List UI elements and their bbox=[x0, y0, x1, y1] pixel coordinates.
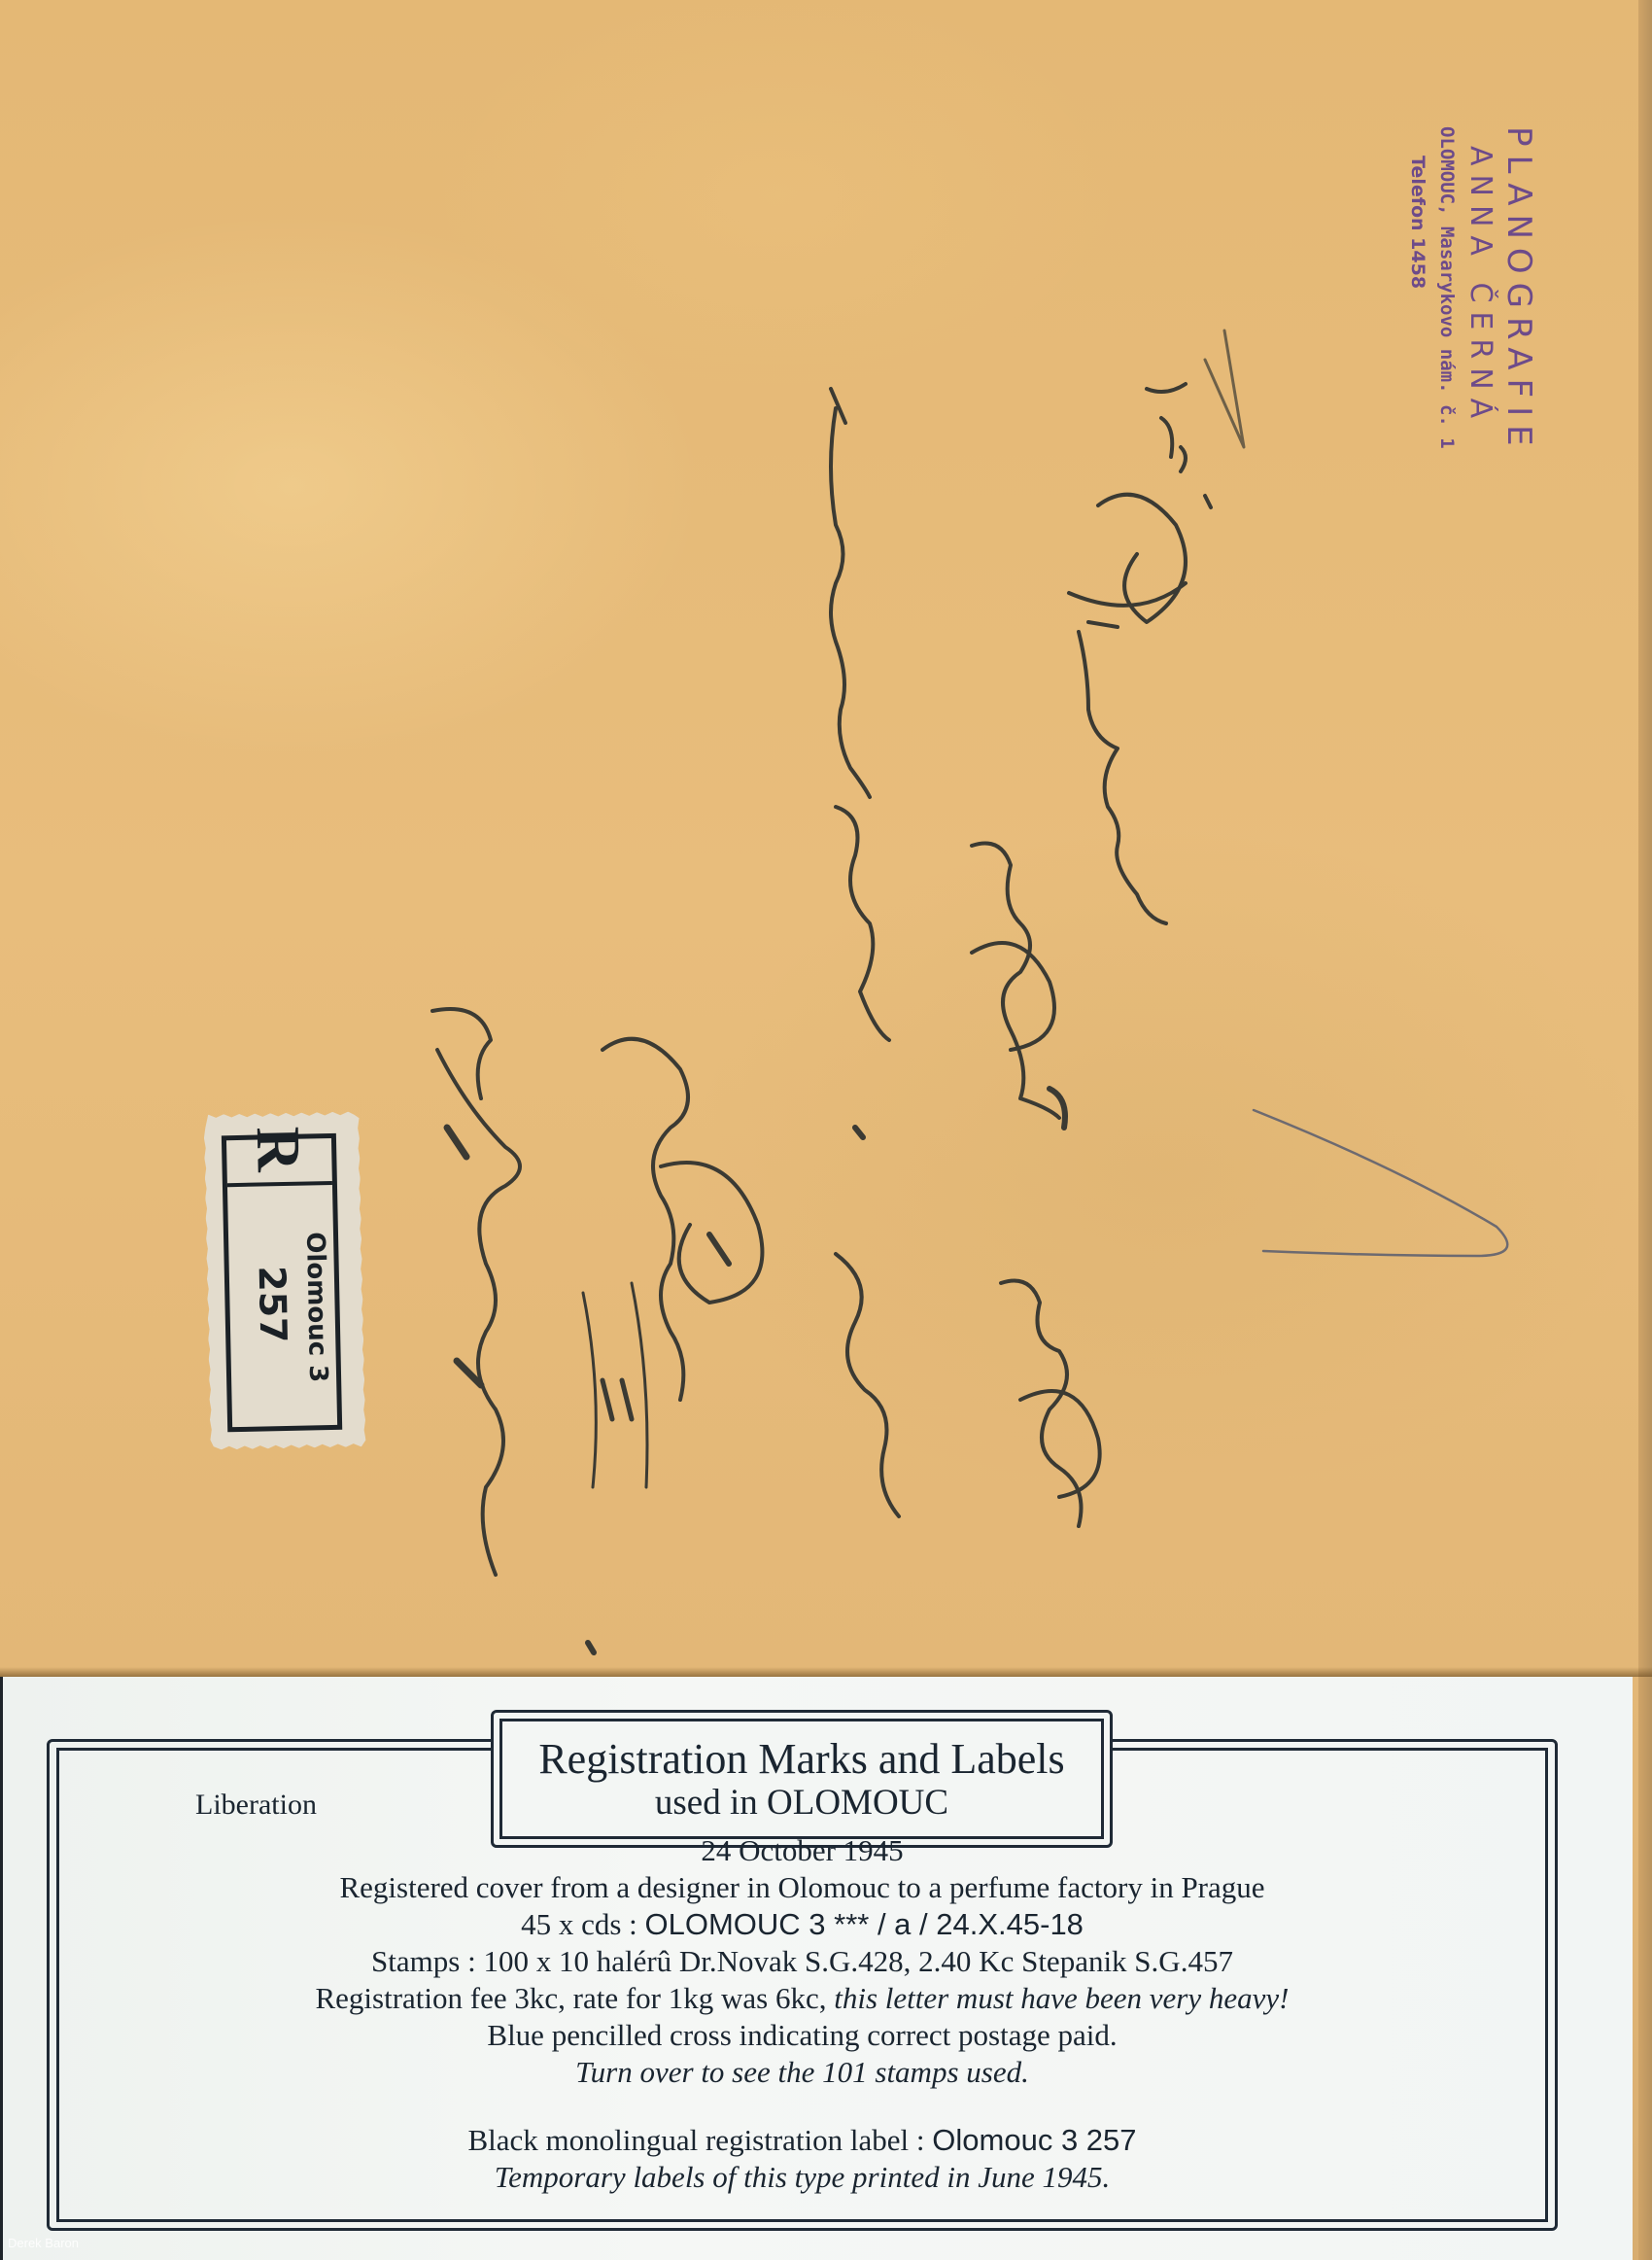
cross-note: Blue pencilled cross indicating correct … bbox=[56, 2017, 1548, 2054]
envelope-edge-shadow bbox=[0, 1667, 1652, 1677]
registration-label: R Olomouc 3 257 bbox=[203, 1111, 365, 1449]
label-value: Olomouc 3 257 bbox=[932, 2123, 1136, 2157]
stamp-line-company: PLANOGRAFIE bbox=[1495, 126, 1535, 455]
label-line: Black monolingual registration label : O… bbox=[56, 2122, 1548, 2159]
fee-line: Registration fee 3kc, rate for 1kg was 6… bbox=[56, 1980, 1548, 2017]
cds-line: 45 x cds : OLOMOUC 3 *** / a / 24.X.45-1… bbox=[56, 1906, 1548, 1943]
fee-text: Registration fee 3kc, rate for 1kg was 6… bbox=[316, 1981, 835, 2015]
caption-subtitle: used in OLOMOUC bbox=[655, 1785, 948, 1821]
spacer bbox=[56, 2091, 1548, 2122]
label-note-text: Temporary labels of this type printed in… bbox=[495, 2160, 1110, 2194]
caption-card: Registration Marks and Labels used in OL… bbox=[0, 1677, 1633, 2260]
watermark: Derek Baron bbox=[8, 2236, 79, 2250]
cover-scan: PLANOGRAFIE ANNA ČERNÁ OLOMOUC, Masaryko… bbox=[0, 0, 1652, 2260]
sender-rubber-stamp: PLANOGRAFIE ANNA ČERNÁ OLOMOUC, Masaryko… bbox=[1401, 126, 1535, 455]
stamps-line: Stamps : 100 x 10 halérû Dr.Novak S.G.42… bbox=[56, 1943, 1548, 1980]
cds-prefix: 45 x cds : bbox=[521, 1907, 644, 1941]
cover-description: Registered cover from a designer in Olom… bbox=[56, 1869, 1548, 1906]
stamp-line-phone: Telefon 1458 bbox=[1401, 126, 1427, 455]
registration-number: 257 bbox=[251, 1266, 295, 1343]
label-prefix: Black monolingual registration label : bbox=[467, 2123, 932, 2157]
album-page-edge bbox=[1638, 0, 1652, 2260]
cover-date: 24 October 1945 bbox=[56, 1832, 1548, 1869]
stamp-line-name: ANNA ČERNÁ bbox=[1456, 126, 1495, 455]
registration-mark-box: R bbox=[226, 1138, 332, 1187]
turn-over-note: Turn over to see the 101 stamps used. bbox=[56, 2054, 1548, 2091]
stamp-line-address: OLOMOUC, Masarykovo nám. č. 1 bbox=[1427, 126, 1456, 455]
registration-mark: R bbox=[247, 1126, 310, 1172]
registration-label-frame: R Olomouc 3 257 bbox=[222, 1133, 342, 1432]
period-label: Liberation bbox=[195, 1789, 317, 1822]
caption-title: Registration Marks and Labels bbox=[538, 1738, 1064, 1781]
cds-value: OLOMOUC 3 *** / a / 24.X.45-18 bbox=[645, 1907, 1084, 1941]
label-note: Temporary labels of this type printed in… bbox=[56, 2159, 1548, 2196]
fee-remark: this letter must have been very heavy! bbox=[834, 1981, 1289, 2015]
caption-body: 24 October 1945 Registered cover from a … bbox=[56, 1832, 1548, 2196]
title-box: Registration Marks and Labels used in OL… bbox=[499, 1719, 1104, 1839]
registration-office: Olomouc 3 bbox=[300, 1232, 332, 1383]
turn-over-text: Turn over to see the 101 stamps used. bbox=[575, 2055, 1029, 2089]
